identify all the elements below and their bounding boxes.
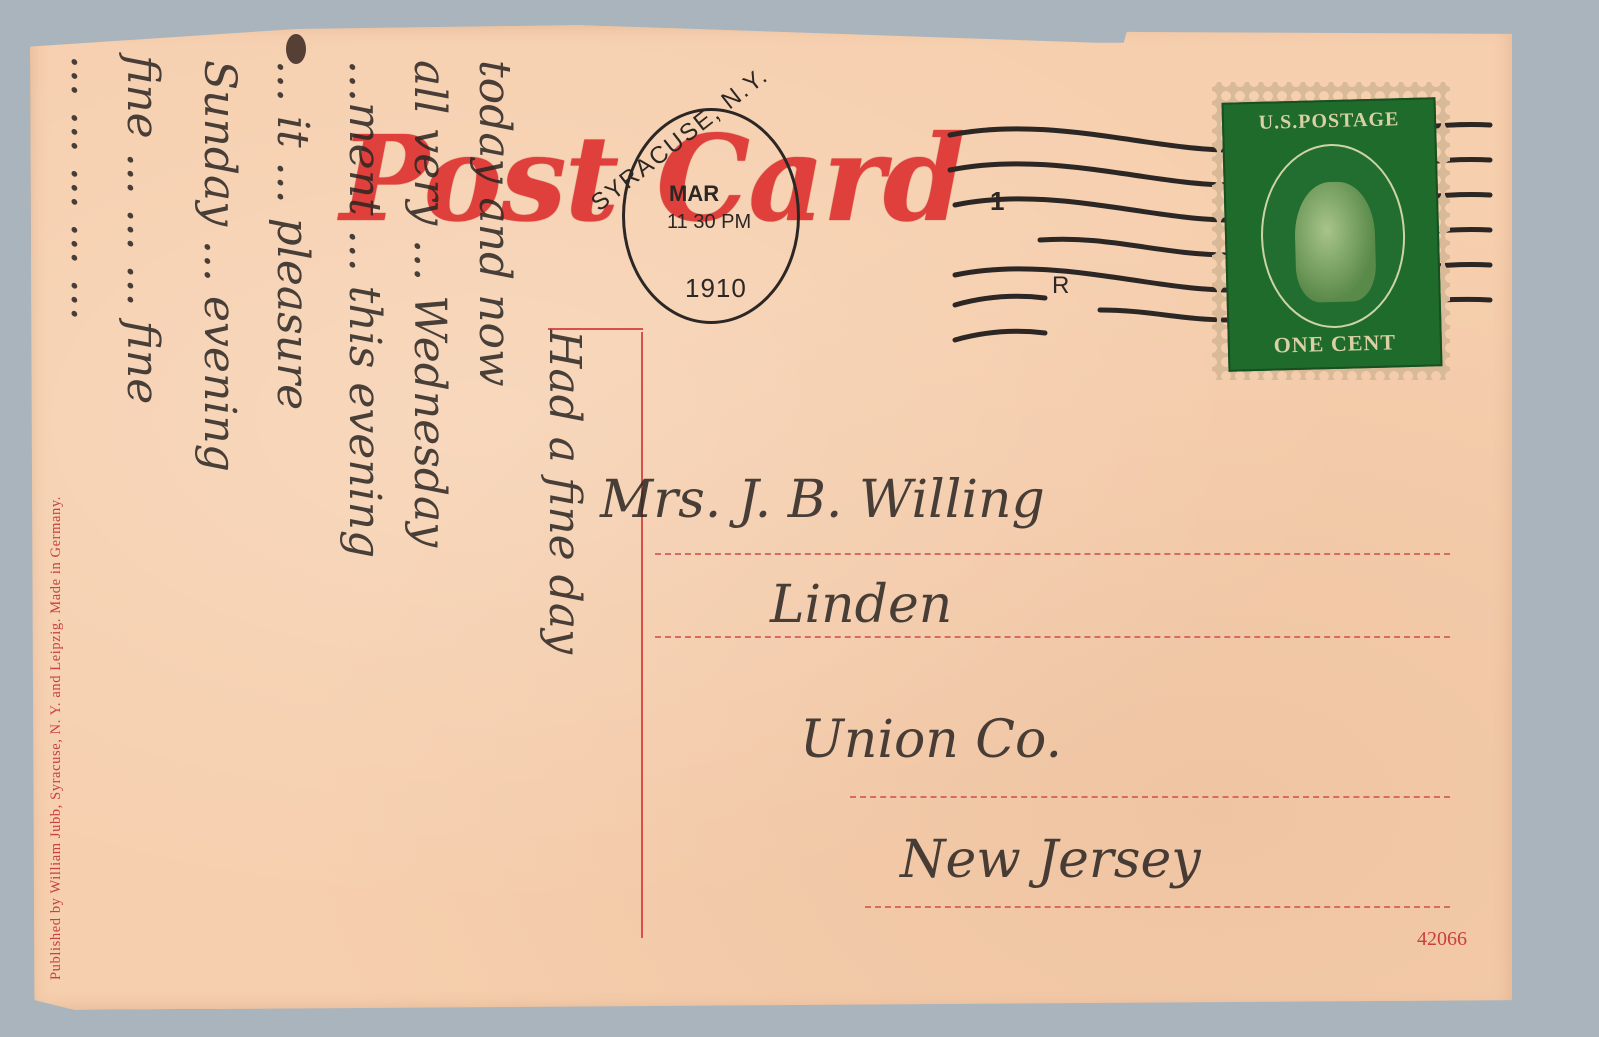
message-line: Had a fine day xyxy=(539,330,590,654)
message-line: ... it ... pleasure xyxy=(267,60,318,410)
address-state: New Jersey xyxy=(900,830,1201,890)
address-line-1 xyxy=(655,553,1450,555)
address-county: Union Co. xyxy=(800,710,1062,770)
stamp-portrait-frame xyxy=(1259,142,1408,330)
franklin-portrait-icon xyxy=(1294,181,1377,303)
message-line: ...ment ... this evening xyxy=(339,60,390,558)
message-line: fine ... ... ... fine xyxy=(117,55,168,404)
address-line-2 xyxy=(655,636,1450,638)
stamp-top-text: U.S.POSTAGE xyxy=(1234,108,1425,141)
address-line-4 xyxy=(865,906,1450,908)
serial-number: 42066 xyxy=(1417,928,1467,951)
address-town: Linden xyxy=(770,575,952,635)
divider-vertical xyxy=(641,332,643,938)
message-line: ... ... ... ... ... xyxy=(61,55,112,321)
postmark-year: 1910 xyxy=(685,273,747,304)
cancel-number: 1 xyxy=(990,186,1004,217)
postmark-month: MAR xyxy=(669,181,719,207)
message-line: today and now xyxy=(469,60,520,387)
stamp-denomination: ONE CENT xyxy=(1240,328,1431,361)
postage-stamp: U.S.POSTAGE ONE CENT xyxy=(1222,97,1443,372)
publisher-imprint: Published by William Jubb, Syracuse, N. … xyxy=(48,496,65,980)
message-line: Sunday ... evening xyxy=(194,60,245,472)
message-line: all very ... Wednesday xyxy=(404,60,455,547)
cancel-letter: R xyxy=(1052,272,1069,300)
postmark-circle: SYRACUSE, N.Y. MAR 11 30 PM 1910 xyxy=(622,108,800,324)
address-name: Mrs. J. B. Willing xyxy=(600,470,1045,530)
postmark-time: 11 30 PM xyxy=(667,211,751,234)
address-line-3 xyxy=(850,796,1450,798)
